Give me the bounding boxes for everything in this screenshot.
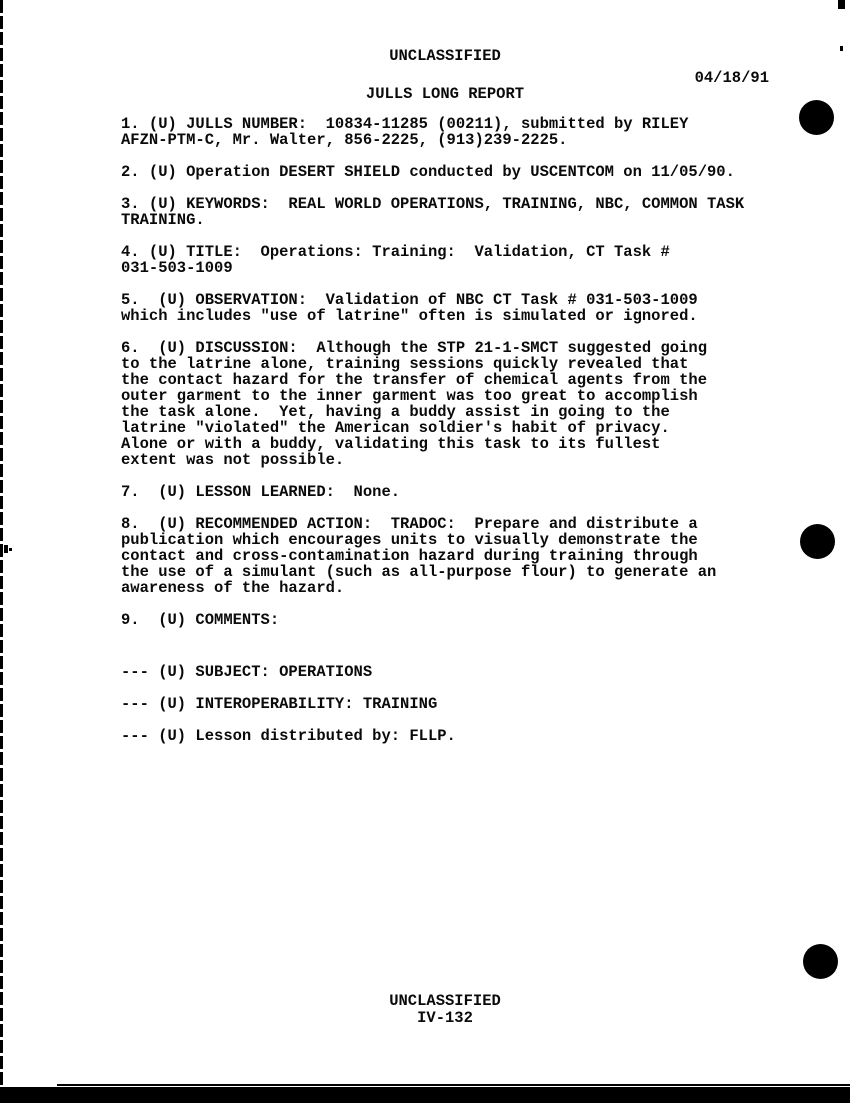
paragraph-2-operation: 2. (U) Operation DESERT SHIELD conducted…	[121, 164, 769, 180]
paragraph-6-discussion: 6. (U) DISCUSSION: Although the STP 21-1…	[121, 340, 769, 468]
comment-interoperability: --- (U) INTEROPERABILITY: TRAINING	[121, 696, 769, 712]
bottom-scan-line	[57, 1084, 850, 1086]
paragraph-7-lesson-learned: 7. (U) LESSON LEARNED: None.	[121, 484, 769, 500]
bottom-classification-marking: UNCLASSIFIED	[121, 993, 769, 1010]
page-number: IV-132	[121, 1010, 769, 1027]
report-date: 04/18/91	[121, 70, 769, 86]
punch-hole-mark-middle	[800, 524, 835, 559]
left-edge-scan-line	[0, 0, 3, 1103]
scanned-document-page: UNCLASSIFIED 04/18/91 JULLS LONG REPORT …	[0, 0, 850, 1103]
report-title: JULLS LONG REPORT	[121, 86, 769, 102]
paragraph-9-comments: 9. (U) COMMENTS:	[121, 612, 769, 628]
paragraph-8-recommended-action: 8. (U) RECOMMENDED ACTION: TRADOC: Prepa…	[121, 516, 769, 596]
paragraph-5-observation: 5. (U) OBSERVATION: Validation of NBC CT…	[121, 292, 769, 324]
top-classification-marking: UNCLASSIFIED	[121, 48, 769, 64]
punch-hole-mark-bottom	[803, 944, 838, 979]
scan-speck-right	[840, 46, 843, 51]
comment-subject: --- (U) SUBJECT: OPERATIONS	[121, 664, 769, 680]
scan-speck-left-small	[9, 548, 12, 551]
paragraph-3-keywords: 3. (U) KEYWORDS: REAL WORLD OPERATIONS, …	[121, 196, 769, 228]
paragraph-4-title: 4. (U) TITLE: Operations: Training: Vali…	[121, 244, 769, 276]
document-body: UNCLASSIFIED 04/18/91 JULLS LONG REPORT …	[121, 48, 769, 744]
scan-speck-top-right	[838, 0, 845, 9]
page-footer: UNCLASSIFIED IV-132	[121, 993, 769, 1027]
bottom-scan-bar	[0, 1087, 850, 1103]
scan-speck-left	[4, 545, 8, 553]
punch-hole-mark-top	[799, 100, 834, 135]
comment-distributed-by: --- (U) Lesson distributed by: FLLP.	[121, 728, 769, 744]
paragraph-1-julls-number: 1. (U) JULLS NUMBER: 10834-11285 (00211)…	[121, 116, 769, 148]
